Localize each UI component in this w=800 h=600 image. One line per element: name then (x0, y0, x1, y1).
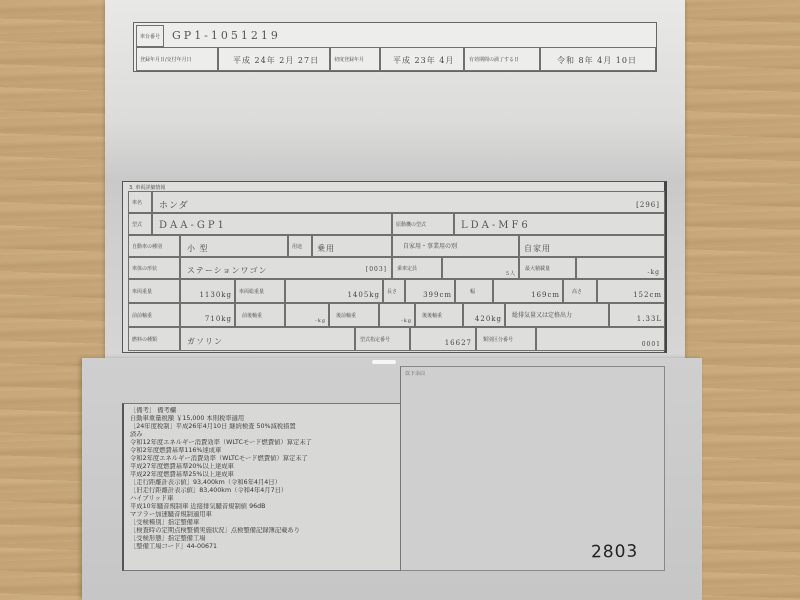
designation-value-cell: 16627 (410, 327, 476, 351)
ff-axle-label-cell: 前前軸重 (128, 303, 180, 327)
private-label-cell: 自家用・事業用の別 (392, 235, 519, 257)
first-year-label-cell: 初度登録年月 (330, 47, 380, 71)
remarks-line: 令和2年度エネルギー消費効率（WLTCモード燃費値）算定未了 (130, 455, 397, 463)
model-label-cell: 型式 (128, 213, 152, 235)
weight-value-cell: 1130kg (180, 279, 235, 303)
remarks-line: ［24年度税制］平成26年4月10日 継続検査 50%減税措置 (130, 423, 397, 431)
private-value-cell: 自家用 (519, 235, 665, 257)
light-glare (372, 360, 396, 364)
rr-axle-label: 後後軸重 (422, 314, 442, 319)
height-value: 152cm (633, 291, 662, 299)
engine-value-cell: LDA-MF6 (454, 213, 665, 235)
vehicle-detail-card: 3. 車両詳細情報 車名 ホンダ [296] 型式 DAA-GP1 原動機の型式… (122, 181, 667, 353)
remarks-line: ［旧走行距離計表示値］83,400km（令和4年4月7日） (130, 487, 397, 495)
fuel-value-cell: ガソリン (180, 327, 355, 351)
first-year-value: 平成 23年 4月 (393, 55, 454, 66)
remarks-line: 令和2年度燃費基準116%達成車 (130, 447, 397, 455)
chassis-number-label: 車台番号 (140, 35, 160, 40)
remarks-line: 平成22年度燃費基準25%以上達成車 (130, 471, 397, 479)
body-label: 車体の形状 (132, 267, 157, 272)
body-value: ステーションワゴン (187, 265, 268, 276)
width-label-cell: 幅 (455, 279, 493, 303)
body-value-cell: ステーションワゴン [003] (180, 257, 392, 279)
remarks-line: ［受検形態］指定整備工場 (130, 535, 397, 543)
rr-axle-value-cell: 420kg (463, 303, 505, 327)
fr-axle-value: -kg (315, 318, 326, 324)
displacement-value: 1.33L (637, 315, 662, 323)
length-value-cell: 399cm (405, 279, 455, 303)
remarks-line: 令和12年度エネルギー消費効率（WLTCモード燃費値）算定未了 (130, 439, 397, 447)
remarks-line: ［走行距離計表示値］93,400km（令和6年4月4日） (130, 479, 397, 487)
remarks-card: ［備考］ 備考欄自動車重量税額 ￥15,000 本則税率適用［24年度税制］平成… (122, 403, 404, 571)
category-label-cell: 類別区分番号 (476, 327, 536, 351)
blank-label: 以下余白 (405, 370, 425, 377)
remarks-line: ［検査時の定期点検整備実施状況］点検整備記録簿記載あり (130, 527, 397, 535)
vehicle-type-label-cell: 自動車の種別 (128, 235, 180, 257)
designation-value: 16627 (445, 339, 472, 347)
usage-label: 用途 (292, 245, 302, 250)
width-value-cell: 169cm (493, 279, 563, 303)
rf-axle-label: 後前軸重 (336, 314, 356, 319)
max-load-label: 最大積載量 (525, 267, 550, 272)
displacement-value-cell: 1.33L (609, 303, 665, 327)
height-label: 高さ (572, 290, 582, 295)
maker-value: ホンダ (159, 198, 189, 211)
fuel-label: 燃料の種類 (132, 338, 157, 343)
length-label-cell: 長さ (383, 279, 405, 303)
ff-axle-value-cell: 710kg (180, 303, 235, 327)
reg-date-value: 平成 24年 2月 27日 (233, 55, 319, 66)
engine-value: LDA-MF6 (461, 220, 531, 231)
capacity-value: 5人 (506, 270, 516, 277)
first-year-label: 初度登録年月 (334, 58, 364, 63)
remarks-line: 平成10年騒音規制車 近接排気騒音規制値 96dB (130, 503, 397, 511)
category-value: 0001 (642, 341, 661, 348)
expiry-value-cell: 令和 8年 4月 10日 (540, 47, 656, 71)
fr-axle-value-cell: -kg (285, 303, 329, 327)
category-label: 類別区分番号 (483, 338, 513, 343)
maker-code: [296] (636, 201, 660, 209)
body-label-cell: 車体の形状 (128, 257, 180, 279)
rf-axle-value-cell: -kg (379, 303, 415, 327)
gross-weight-value-cell: 1405kg (285, 279, 383, 303)
displacement-label: 総排気量又は定格出力 (512, 313, 572, 319)
capacity-label: 乗車定員 (397, 267, 417, 272)
maker-label: 車名 (132, 201, 142, 206)
usage-value-cell: 乗用 (312, 235, 392, 257)
usage-value: 乗用 (317, 243, 335, 254)
designation-label: 型式指定番号 (360, 338, 390, 343)
fuel-value: ガソリン (187, 336, 223, 347)
vehicle-type-value-cell: 小 型 (180, 235, 288, 257)
rr-axle-value: 420kg (475, 315, 502, 323)
usage-label-cell: 用途 (288, 235, 312, 257)
chassis-number-value: GP1-1051219 (172, 29, 281, 42)
gross-weight-label-cell: 車両総重量 (235, 279, 285, 303)
body-code: [003] (366, 266, 387, 273)
capacity-label-cell: 乗車定員 (392, 257, 442, 279)
rf-axle-value: -kg (401, 318, 412, 324)
remarks-line: 自動車重量税額 ￥15,000 本則税率適用 (130, 415, 397, 423)
reg-date-value-cell: 平成 24年 2月 27日 (218, 47, 330, 71)
designation-label-cell: 型式指定番号 (355, 327, 410, 351)
gross-weight-label: 車両総重量 (239, 290, 264, 295)
handwritten-number: 2803 (591, 542, 639, 563)
weight-value: 1130kg (199, 291, 232, 299)
first-year-value-cell: 平成 23年 4月 (380, 47, 464, 71)
remarks-line: ［整備工場コード］44-00671 (130, 543, 397, 551)
max-load-value-cell: -kg (576, 257, 665, 279)
max-load-value: -kg (647, 269, 660, 276)
remarks-line: ［備考］ 備考欄 (130, 407, 397, 415)
fr-axle-label-cell: 前後軸重 (235, 303, 285, 327)
reg-date-label-cell: 登録年月日/交付年月日 (136, 47, 218, 71)
remarks-line: 平成27年度燃費基準20%以上達成車 (130, 463, 397, 471)
rr-axle-label-cell: 後後軸重 (415, 303, 463, 327)
maker-label-cell: 車名 (128, 191, 152, 213)
expiry-label-cell: 有効期間の満了する日 (464, 47, 540, 71)
remarks-line: マフラー加速騒音規制適用車 (130, 511, 397, 519)
engine-label-cell: 原動機の型式 (392, 213, 454, 235)
max-load-label-cell: 最大積載量 (519, 257, 576, 279)
maker-value-cell: ホンダ [296] (152, 191, 665, 213)
remarks-line: ［受検種別］指定整備車 (130, 519, 397, 527)
remarks-line: 済み (130, 431, 397, 439)
height-label-cell: 高さ (563, 279, 597, 303)
width-label: 幅 (470, 290, 475, 295)
rf-axle-label-cell: 後前軸重 (329, 303, 379, 327)
section-title: 3. 車両詳細情報 (129, 184, 165, 191)
chassis-number-label-cell: 車台番号 (136, 25, 164, 47)
height-value-cell: 152cm (597, 279, 665, 303)
engine-label: 原動機の型式 (396, 223, 426, 228)
fr-axle-label: 前後軸重 (242, 314, 262, 319)
ff-axle-label: 前前軸重 (132, 314, 152, 319)
capacity-value-cell: 5人 (442, 257, 519, 279)
category-value-cell: 0001 (536, 327, 665, 351)
remarks-line: ハイブリッド車 (130, 495, 397, 503)
gross-weight-value: 1405kg (347, 291, 380, 299)
expiry-value: 令和 8年 4月 10日 (557, 55, 637, 66)
vehicle-type-label: 自動車の種別 (132, 245, 162, 250)
fuel-label-cell: 燃料の種類 (128, 327, 180, 351)
model-value-cell: DAA-GP1 (152, 213, 392, 235)
weight-label-cell: 車両重量 (128, 279, 180, 303)
private-value: 自家用 (524, 243, 551, 254)
weight-label: 車両重量 (132, 290, 152, 295)
length-value: 399cm (423, 291, 452, 299)
width-value: 169cm (531, 291, 560, 299)
model-value: DAA-GP1 (159, 220, 227, 231)
blank-remainder-card: 以下余白 2803 (400, 366, 665, 571)
reg-date-label: 登録年月日/交付年月日 (140, 58, 192, 63)
vehicle-type-value: 小 型 (187, 243, 209, 254)
length-label: 長さ (387, 290, 397, 295)
model-label: 型式 (132, 223, 142, 228)
registration-card: 車台番号 GP1-1051219 登録年月日/交付年月日 平成 24年 2月 2… (133, 22, 657, 72)
expiry-label: 有効期間の満了する日 (469, 58, 519, 63)
displacement-label-cell: 総排気量又は定格出力 (505, 303, 609, 327)
ff-axle-value: 710kg (205, 315, 232, 323)
private-label: 自家用・事業用の別 (403, 244, 457, 250)
